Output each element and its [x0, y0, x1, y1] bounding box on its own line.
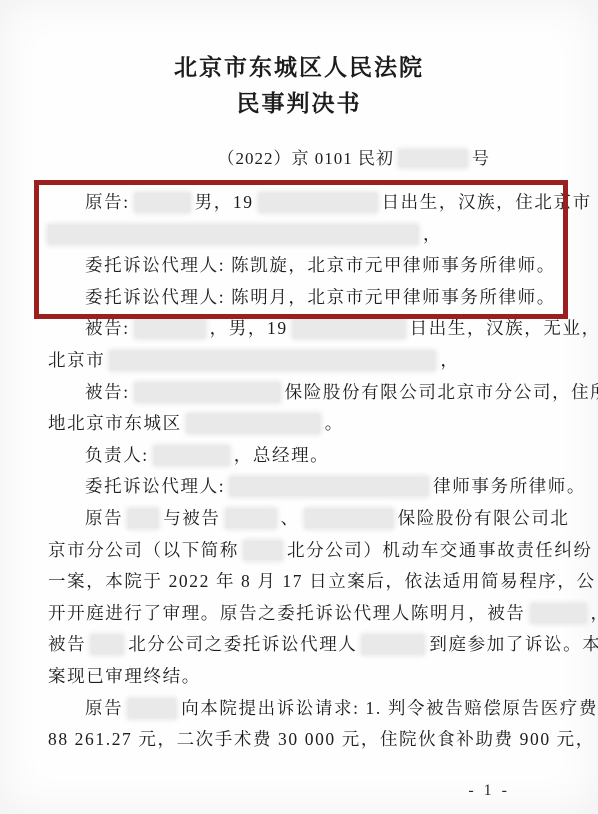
- defendant1-label: 被告:: [85, 318, 130, 338]
- procedure-text: 到庭参加了诉讼。本: [429, 634, 598, 654]
- document-type: 民事判决书: [0, 86, 598, 122]
- procedure-text: 被告: [48, 634, 86, 654]
- redaction-block: [226, 509, 276, 528]
- redaction-block: [230, 477, 428, 496]
- defendant2-company: 保险股份有限公司北京市分公司，住所: [285, 382, 598, 402]
- procedure-line-4: 开开庭进行了审理。原告之委托诉讼代理人陈明月，被告，: [48, 598, 568, 630]
- page-number: - 1 -: [468, 782, 510, 800]
- principal-label: 负责人:: [85, 445, 149, 465]
- redaction-block: [305, 509, 393, 528]
- principal-line: 负责人:，总经理。: [48, 440, 568, 472]
- redaction-block: [135, 319, 205, 338]
- judgment-document: 北京市东城区人民法院 民事判决书 （2022）京 0101 民初号 原告:男，1…: [0, 0, 598, 814]
- defendant-agent-line: 委托诉讼代理人:律师事务所律师。: [48, 471, 568, 503]
- procedure-line-6: 案现已审理终结。: [48, 661, 568, 693]
- redaction-block: [362, 635, 424, 654]
- defendant1-info: ，男，19: [210, 318, 288, 338]
- case-number-suffix: 号: [472, 149, 490, 168]
- procedure-line-3: 一案，本院于 2022 年 8 月 17 日立案后，依法适用简易程序，公: [48, 566, 568, 598]
- plaintiff-address-line: ，: [48, 219, 568, 251]
- plaintiff-agent2-line: 委托诉讼代理人: 陈明月，北京市元甲律师事务所律师。: [48, 282, 568, 314]
- address-tail: ，: [423, 224, 442, 244]
- redaction-block: [154, 446, 229, 465]
- claims-line-2: 88 261.27 元，二次手术费 30 000 元，住院伙食补助费 900 元…: [48, 724, 568, 756]
- redaction-block: [48, 225, 418, 244]
- procedure-text: 一案，本院于 2022 年 8 月 17 日立案后，依法适用简易程序，公: [48, 571, 596, 591]
- procedure-text: ，: [591, 603, 598, 623]
- defendant2-address-line: 地北京市东城区。: [48, 408, 568, 440]
- document-body: 原告:男，19日出生，汉族，住北京市 ， 委托诉讼代理人: 陈凯旋，北京市元甲律…: [48, 187, 568, 756]
- plaintiff-agent1-line: 委托诉讼代理人: 陈凯旋，北京市元甲律师事务所律师。: [48, 250, 568, 282]
- redaction-block: [110, 351, 435, 370]
- procedure-text: 与被告: [163, 508, 220, 528]
- procedure-text: 、: [281, 508, 300, 528]
- claims-line-1: 原告向本院提出诉讼请求: 1. 判令被告赔偿原告医疗费: [48, 693, 568, 725]
- defendant2-addr-prefix: 地北京市东城区: [48, 413, 182, 433]
- case-number-line: （2022）京 0101 民初号: [0, 144, 598, 169]
- redaction-block: [135, 193, 190, 212]
- defendant2-line: 被告:保险股份有限公司北京市分公司，住所: [48, 377, 568, 409]
- redaction-block: [259, 193, 377, 212]
- defendant1-line: 被告:，男，19日出生，汉族，无业，住: [48, 313, 568, 345]
- defendant1-addr-prefix: 北京市: [48, 350, 105, 370]
- plaintiff-info-tail: 日出生，汉族，住北京市: [382, 192, 592, 212]
- procedure-text: 保险股份有限公司北: [398, 508, 570, 528]
- procedure-text: 案现已审理终结。: [48, 666, 201, 686]
- defendant2-addr-tail: 。: [325, 413, 344, 433]
- redaction-block: [531, 604, 586, 623]
- plaintiff-info: 男，19: [195, 192, 254, 212]
- plaintiff-line: 原告:男，19日出生，汉族，住北京市: [48, 187, 568, 219]
- redaction-block: [135, 383, 280, 402]
- defendant1-address-line: 北京市，: [48, 345, 568, 377]
- redaction-block: [128, 699, 176, 718]
- defendant1-addr-tail: ，: [440, 350, 459, 370]
- procedure-text: 原告: [85, 508, 123, 528]
- case-number-prefix: （2022）京 0101 民初: [218, 149, 395, 168]
- claims-text: 向本院提出诉讼请求: 1. 判令被告赔偿原告医疗费: [181, 698, 598, 718]
- court-name: 北京市东城区人民法院: [0, 50, 598, 86]
- procedure-line-5: 被告北分公司之委托诉讼代理人到庭参加了诉讼。本: [48, 629, 568, 661]
- plaintiff-label: 原告:: [85, 192, 130, 212]
- defendant-agent-label: 委托诉讼代理人:: [85, 476, 225, 496]
- agent2-text: 委托诉讼代理人: 陈明月，北京市元甲律师事务所律师。: [85, 287, 556, 307]
- claims-text: 88 261.27 元，二次手术费 30 000 元，住院伙食补助费 900 元…: [48, 729, 595, 749]
- defendant-agent-tail: 律师事务所律师。: [433, 476, 586, 496]
- document-header: 北京市东城区人民法院 民事判决书: [0, 0, 598, 122]
- procedure-line-2: 京市分公司（以下简称北分公司）机动车交通事故责任纠纷: [48, 535, 568, 567]
- agent1-text: 委托诉讼代理人: 陈凯旋，北京市元甲律师事务所律师。: [85, 255, 556, 275]
- defendant2-label: 被告:: [85, 382, 130, 402]
- procedure-text: 北分公司之委托诉讼代理人: [128, 634, 357, 654]
- procedure-text: 开开庭进行了审理。原告之委托诉讼代理人陈明月，被告: [48, 603, 526, 623]
- redaction-block: [293, 319, 405, 338]
- procedure-line-1: 原告与被告、保险股份有限公司北: [48, 503, 568, 535]
- procedure-text: 京市分公司（以下简称: [48, 540, 239, 560]
- redaction-block: [187, 414, 320, 433]
- redaction-block: [244, 541, 282, 560]
- principal-title: ，总经理。: [234, 445, 330, 465]
- redaction-block: [91, 635, 123, 654]
- redaction-block: [128, 509, 158, 528]
- procedure-text: 北分公司）机动车交通事故责任纠纷: [287, 540, 593, 560]
- claims-text: 原告: [85, 698, 123, 718]
- redaction-block: [399, 150, 467, 167]
- defendant1-info-tail: 日出生，汉族，无业，住: [410, 318, 598, 338]
